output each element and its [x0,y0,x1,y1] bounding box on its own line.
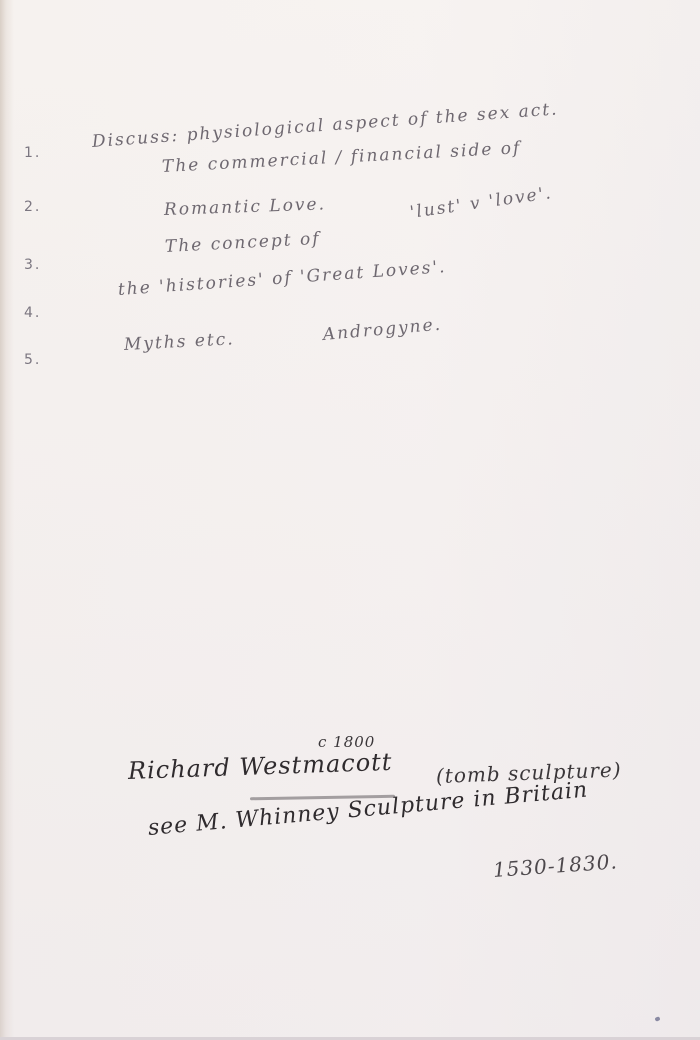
list-number-2: 2. [24,199,41,215]
list-line-androgyne: Androgyne. [322,315,443,345]
list-number-1: 1. [24,145,41,161]
reference-name: Richard Westmacott [128,748,393,785]
list-line-myths: Myths etc. [123,329,235,355]
list-line-commercial: The commercial / financial side of [161,138,521,177]
list-line-lust-vs-love: 'lust' v 'love'. [409,183,554,223]
ink-smudge [654,1016,660,1022]
handwritten-note-page: 1. 2. 3. 4. 5. Discuss: physiological as… [0,0,700,1040]
list-line-histories: the 'histories' of 'Great Loves'. [117,257,447,300]
list-line-romantic-love: Romantic Love. [164,194,327,220]
list-number-3: 3. [24,257,41,273]
reference-years: 1530-1830. [492,849,618,882]
list-number-5: 5. [24,352,41,368]
reference-see-line: see M. Whinney Sculpture in Britain [147,778,589,841]
list-number-4: 4. [24,305,41,321]
list-line-concept: The concept of [164,229,321,257]
